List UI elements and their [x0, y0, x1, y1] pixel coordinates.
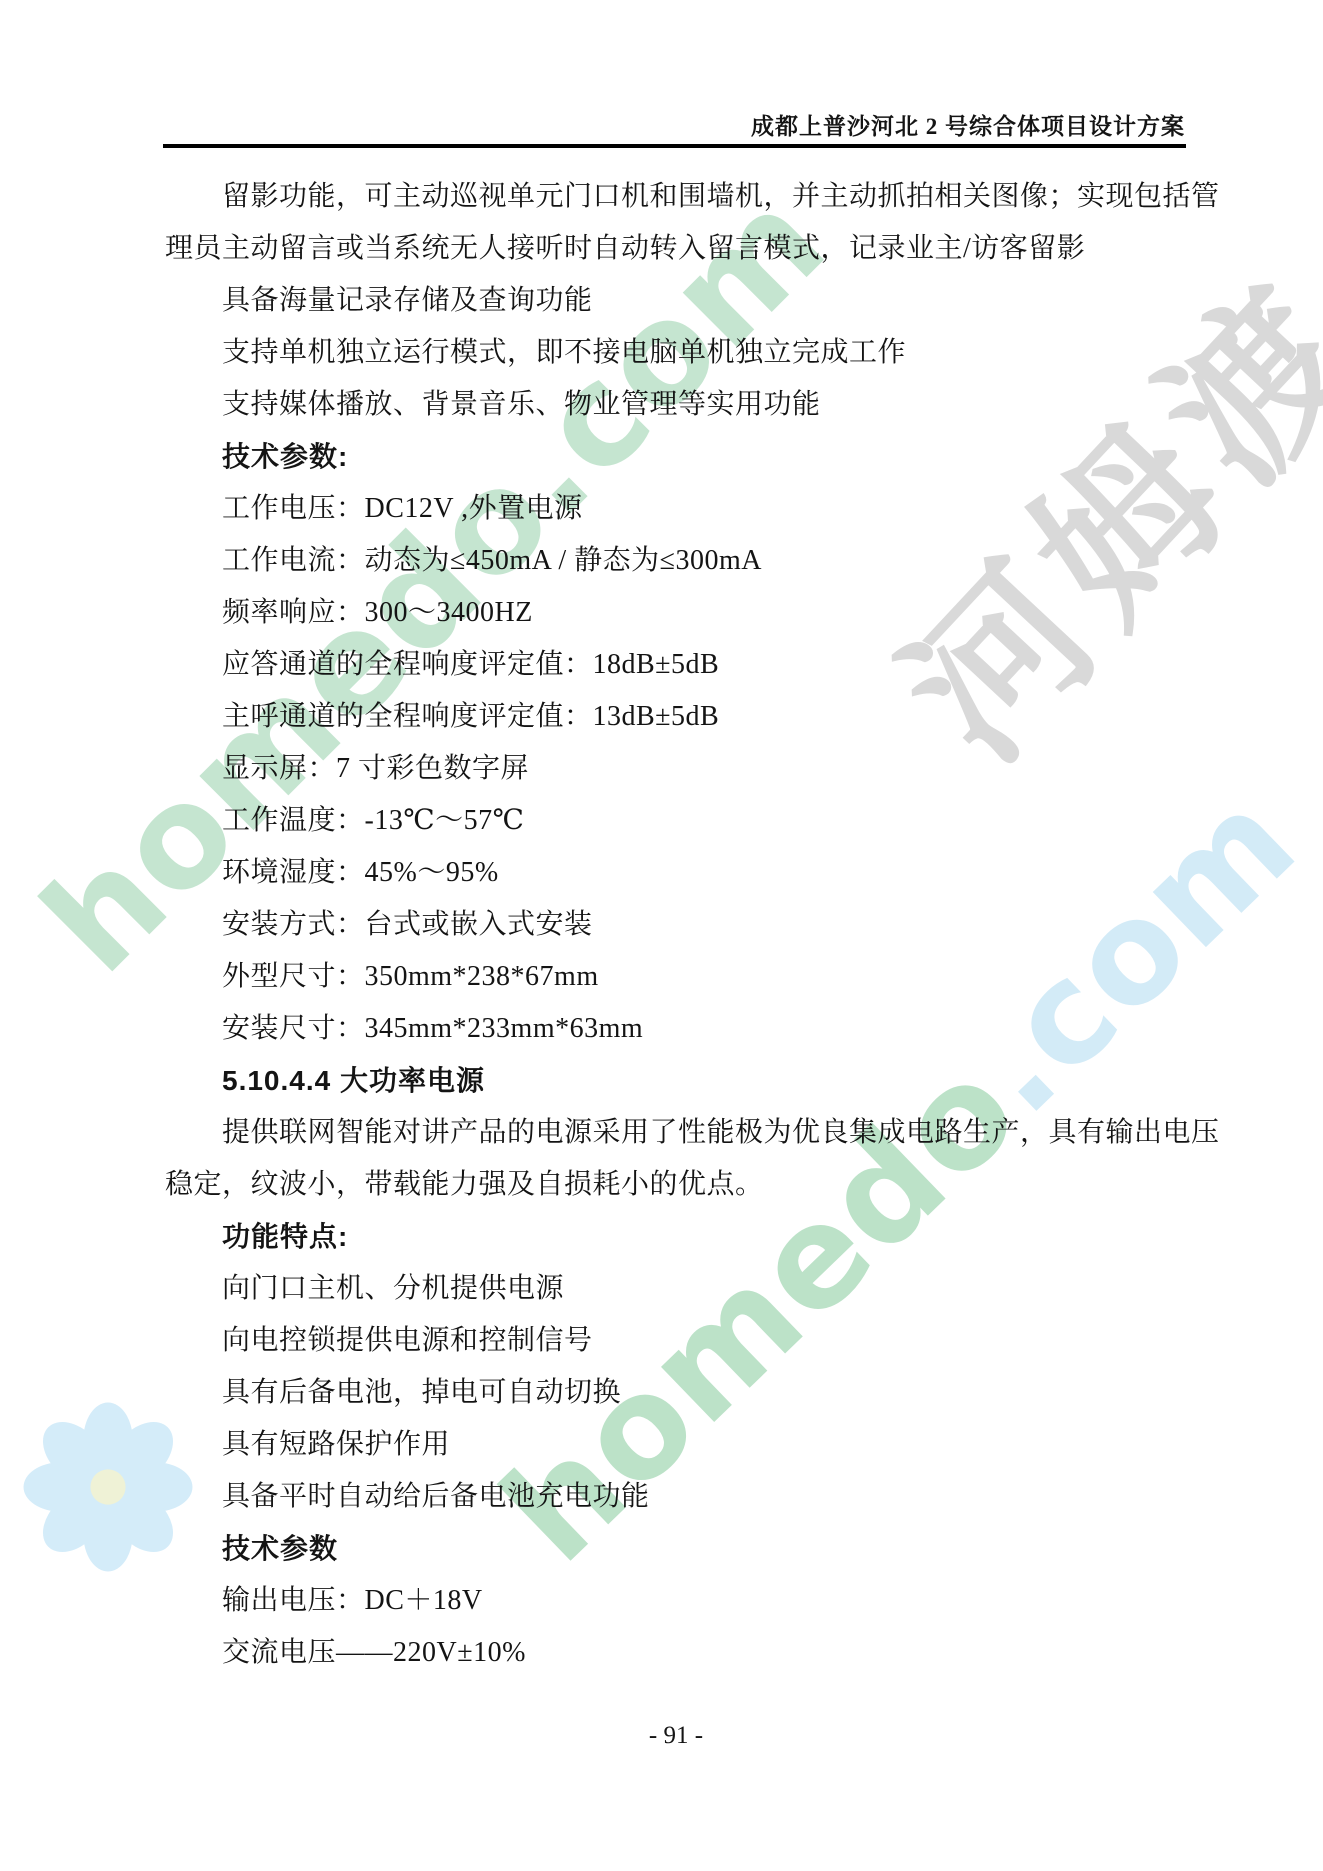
text-line: 工作电流：动态为≤450mA / 静态为≤300mA — [165, 535, 1187, 587]
text-line: 工作电压：DC12V ,外置电源 — [165, 483, 1187, 535]
page-header-title: 成都上普沙河北 2 号综合体项目设计方案 — [751, 108, 1185, 141]
section-heading: 功能特点: — [165, 1211, 1187, 1263]
text-line: 交流电压——220V±10% — [165, 1627, 1187, 1679]
text-line: 留影功能，可主动巡视单元门口机和围墙机，并主动抓拍相关图像；实现包括管 — [165, 171, 1187, 223]
text-line: 支持媒体播放、背景音乐、物业管理等实用功能 — [165, 379, 1187, 431]
text-line: 具有短路保护作用 — [165, 1419, 1187, 1471]
text-line: 向电控锁提供电源和控制信号 — [165, 1315, 1187, 1367]
text-line: 显示屏：7 寸彩色数字屏 — [165, 743, 1187, 795]
text-line: 频率响应：300～3400HZ — [165, 587, 1187, 639]
document-page: 河姆渡 homedo.com homedo.com 成都上普沙河北 2 号综合体… — [0, 0, 1323, 1871]
text-line: 稳定，纹波小，带载能力强及自损耗小的优点。 — [165, 1159, 1187, 1211]
text-line: 安装方式：台式或嵌入式安装 — [165, 899, 1187, 951]
text-line: 向门口主机、分机提供电源 — [165, 1263, 1187, 1315]
text-line: 提供联网智能对讲产品的电源采用了性能极为优良集成电路生产，具有输出电压 — [165, 1107, 1187, 1159]
text-line: 主呼通道的全程响度评定值：13dB±5dB — [165, 691, 1187, 743]
text-line: 安装尺寸：345mm*233mm*63mm — [165, 1003, 1187, 1055]
text-line: 理员主动留言或当系统无人接听时自动转入留言模式，记录业主/访客留影 — [165, 223, 1187, 275]
text-line: 应答通道的全程响度评定值：18dB±5dB — [165, 639, 1187, 691]
body-lines: 留影功能，可主动巡视单元门口机和围墙机，并主动抓拍相关图像；实现包括管理员主动留… — [165, 171, 1187, 1679]
text-line: 具备海量记录存储及查询功能 — [165, 275, 1187, 327]
text-line: 支持单机独立运行模式，即不接电脑单机独立完成工作 — [165, 327, 1187, 379]
text-line: 具备平时自动给后备电池充电功能 — [165, 1471, 1187, 1523]
text-line: 外型尺寸：350mm*238*67mm — [165, 951, 1187, 1003]
section-heading: 技术参数 — [165, 1523, 1187, 1575]
text-line: 工作温度：-13℃～57℃ — [165, 795, 1187, 847]
page-number: - 91 - — [165, 1722, 1187, 1750]
text-line: 输出电压：DC＋18V — [165, 1575, 1187, 1627]
text-line: 环境湿度：45%～95% — [165, 847, 1187, 899]
section-heading: 5.10.4.4 大功率电源 — [165, 1055, 1187, 1107]
text-line: 具有后备电池，掉电可自动切换 — [165, 1367, 1187, 1419]
header-divider — [163, 144, 1186, 148]
section-heading: 技术参数: — [165, 431, 1187, 483]
